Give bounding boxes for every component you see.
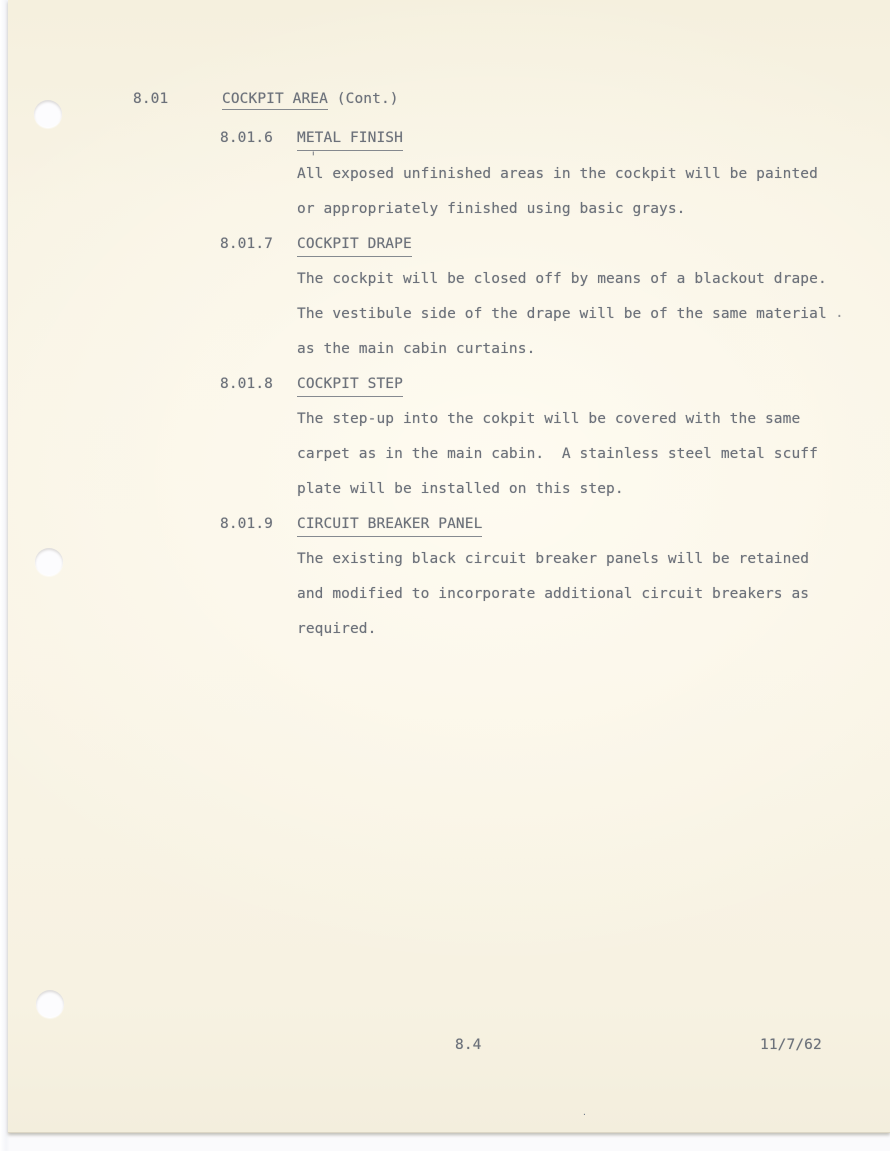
paragraph-line: The existing black circuit breaker panel… <box>8 550 890 572</box>
paragraph-line: and modified to incorporate additional c… <box>8 585 890 607</box>
subsection-title: CIRCUIT BREAKER PANEL <box>297 515 482 537</box>
section-heading-row: 8.01 COCKPIT AREA (Cont.) <box>8 90 890 112</box>
paragraph-line: The vestibule side of the drape will be … <box>8 305 890 327</box>
subsection-title: COCKPIT STEP <box>297 375 403 397</box>
section-title-suffix: (Cont.) <box>328 91 399 107</box>
document-page: 8.01 COCKPIT AREA (Cont.) 8.01.6 METAL F… <box>8 0 890 1133</box>
subsection-heading-row: 8.01.9 CIRCUIT BREAKER PANEL <box>8 515 890 537</box>
paragraph-line: carpet as in the main cabin. A stainless… <box>8 445 890 467</box>
subsection-number: 8.01.9 <box>220 515 273 534</box>
stray-period-mark: . <box>835 305 844 321</box>
subsection-heading-row: 8.01.7 COCKPIT DRAPE <box>8 235 890 257</box>
scan-background: 8.01 COCKPIT AREA (Cont.) 8.01.6 METAL F… <box>0 0 890 1151</box>
page-number: 8.4 <box>455 1036 482 1055</box>
paragraph-line: as the main cabin curtains. <box>8 340 890 362</box>
paragraph-line: or appropriately finished using basic gr… <box>8 200 890 222</box>
paragraph-line: All exposed unfinished areas in the cock… <box>8 165 890 187</box>
subsection-number: 8.01.6 <box>220 129 273 148</box>
subsection-title: COCKPIT DRAPE <box>297 235 412 257</box>
paragraph-line: required. <box>8 620 890 642</box>
subsection-number: 8.01.8 <box>220 375 273 394</box>
paragraph-line: The step-up into the cokpit will be cove… <box>8 410 890 432</box>
subsection-heading-row: 8.01.8 COCKPIT STEP <box>8 375 890 397</box>
stray-typewriter-mark: ' <box>309 150 318 166</box>
paragraph-line: plate will be installed on this step. <box>8 480 890 502</box>
section-number: 8.01 <box>133 90 168 109</box>
subsection-number: 8.01.7 <box>220 235 273 254</box>
paragraph-line: The cockpit will be closed off by means … <box>8 270 890 292</box>
stray-ink-dot: . <box>582 1108 587 1117</box>
subsection-title: METAL FINISH <box>297 129 403 151</box>
footer-row: 8.4 11/7/62 <box>8 1036 890 1058</box>
subsection-heading-row: 8.01.6 METAL FINISH <box>8 129 890 151</box>
punch-hole-bottom <box>36 990 64 1018</box>
footer-date: 11/7/62 <box>760 1036 822 1055</box>
section-title: COCKPIT AREA (Cont.) <box>222 90 399 109</box>
